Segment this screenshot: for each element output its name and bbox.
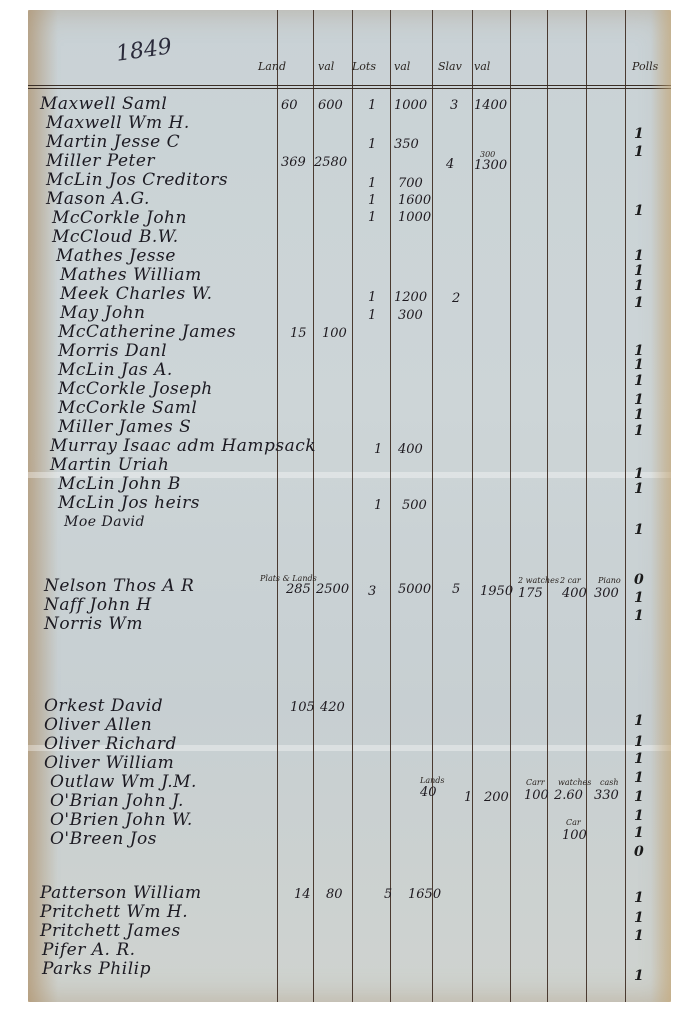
lots-val-cell: 500 — [402, 498, 427, 513]
annotation: Lands — [420, 776, 444, 785]
lots-val-cell: 300 — [398, 308, 423, 323]
column-rule — [432, 10, 433, 1002]
entry-name: McCatherine James — [58, 322, 236, 342]
slaves-val-cell: 1400 — [474, 98, 507, 113]
slaves-cell: 2 — [452, 291, 460, 306]
column-rule — [472, 10, 473, 1002]
column-rule — [352, 10, 353, 1002]
land-val-cell: 80 — [326, 887, 343, 902]
poll-mark: 1 — [634, 263, 644, 279]
entry-name: McLin Jas A. — [58, 360, 173, 380]
slaves-cell: 4 — [446, 157, 454, 172]
annotation: 2 car — [560, 576, 581, 585]
lots-cell: 1 — [368, 176, 376, 191]
lots-val-cell: 350 — [394, 137, 419, 152]
lots-cell: 1 — [368, 290, 376, 305]
land-cell: 14 — [294, 887, 311, 902]
slaves-cell: 5 — [452, 582, 460, 597]
poll-mark: 1 — [634, 423, 644, 439]
annotation: Car — [566, 818, 581, 827]
column-rule — [390, 10, 391, 1002]
poll-mark: 1 — [634, 466, 644, 482]
entry-name: Maxwell Wm H. — [46, 113, 190, 133]
extra-cell: 100 — [562, 828, 587, 843]
lots-cell: 3 — [368, 584, 376, 599]
extra-cell: 2.60 — [554, 788, 583, 803]
entry-name: Martin Jesse C — [46, 132, 180, 152]
lots-val-cell: 1650 — [408, 887, 441, 902]
poll-mark: 1 — [634, 522, 644, 538]
lots-cell: 1 — [368, 210, 376, 225]
lots-cell: 1 — [368, 308, 376, 323]
column-rule — [510, 10, 511, 1002]
header-lots: Lots — [352, 60, 376, 73]
poll-mark: 1 — [634, 392, 644, 408]
entry-name: Miller Peter — [46, 151, 155, 171]
entry-name: Mason A.G. — [46, 189, 150, 209]
entry-name: Norris Wm — [44, 614, 143, 634]
slaves-cell: 3 — [450, 98, 458, 113]
annotation: Carr — [526, 778, 545, 787]
header-polls: Polls — [632, 60, 658, 73]
lots-val-cell: 1600 — [398, 193, 431, 208]
entry-name: Miller James S — [58, 417, 191, 437]
header-slaves: Slav — [438, 60, 462, 73]
land-cell: 15 — [290, 326, 307, 341]
land-val-cell: 420 — [320, 700, 345, 715]
annotation: Piano — [598, 576, 621, 585]
slaves-val-cell: 1300 — [474, 158, 507, 173]
land-val-cell: 2580 — [314, 155, 347, 170]
poll-mark: 1 — [634, 248, 644, 264]
entry-name: O'Breen Jos — [50, 829, 157, 849]
poll-mark: 1 — [634, 357, 644, 373]
entry-name: McLin John B — [58, 474, 181, 494]
lots-val-cell: 40 — [420, 785, 437, 800]
ledger-year: 1849 — [115, 34, 174, 67]
entry-name: Morris Danl — [58, 341, 167, 361]
entry-name: Meek Charles W. — [60, 284, 212, 304]
poll-mark: 1 — [634, 590, 644, 606]
poll-mark: 1 — [634, 608, 644, 624]
entry-name: Pritchett James — [40, 921, 181, 941]
header-slaves-val: val — [474, 60, 490, 73]
entry-name: May John — [60, 303, 146, 323]
entry-name: O'Brien John W. — [50, 810, 193, 830]
land-cell: 105 — [290, 700, 315, 715]
entry-name: Parks Philip — [42, 959, 151, 979]
column-rule — [277, 10, 278, 1002]
poll-mark: 1 — [634, 126, 644, 142]
entry-name: Pritchett Wm H. — [40, 902, 188, 922]
entry-name: Oliver William — [44, 753, 174, 773]
poll-mark: 1 — [634, 278, 644, 294]
entry-name: Outlaw Wm J.M. — [50, 772, 197, 792]
lots-cell: 1 — [368, 193, 376, 208]
entry-name: Oliver Allen — [44, 715, 152, 735]
column-rule — [625, 10, 626, 1002]
poll-mark: 1 — [634, 910, 644, 926]
column-rule — [547, 10, 548, 1002]
entry-name: O'Brian John J. — [50, 791, 184, 811]
entry-name: Patterson William — [40, 883, 202, 903]
land-val-cell: 100 — [322, 326, 347, 341]
entry-name: Naff John H — [44, 595, 152, 615]
entry-name: McCloud B.W. — [52, 227, 179, 247]
land-val-cell: 600 — [318, 98, 343, 113]
land-cell: 369 — [281, 155, 306, 170]
poll-mark: 1 — [634, 734, 644, 750]
entry-name: Moe David — [64, 514, 145, 530]
lots-val-cell: 1200 — [394, 290, 427, 305]
poll-mark: 1 — [634, 713, 644, 729]
extra-cell: 175 — [518, 586, 543, 601]
extra-cell: 400 — [562, 586, 587, 601]
entry-name: Murray Isaac adm Hampsack — [50, 436, 316, 456]
land-cell: 60 — [281, 98, 298, 113]
entry-name: McCorkle Saml — [58, 398, 197, 418]
poll-mark: 1 — [634, 203, 644, 219]
poll-mark: 1 — [634, 295, 644, 311]
lots-cell: 1 — [368, 98, 376, 113]
header-rule — [28, 88, 671, 89]
poll-mark: 1 — [634, 407, 644, 423]
entry-name: McLin Jos Creditors — [46, 170, 228, 190]
annotation: watches — [558, 778, 591, 787]
poll-mark: 0 — [634, 572, 644, 588]
entry-name: Mathes Jesse — [56, 246, 176, 266]
lots-cell: 1 — [368, 137, 376, 152]
entry-name: Maxwell Saml — [40, 94, 167, 114]
entry-name: Mathes William — [60, 265, 202, 285]
extra-cell: 300 — [594, 586, 619, 601]
entry-name: Orkest David — [44, 696, 163, 716]
annotation: 2 watches — [518, 576, 559, 585]
annotation: cash — [600, 778, 619, 787]
poll-mark: 1 — [634, 770, 644, 786]
entry-name: Pifer A. R. — [42, 940, 136, 960]
lots-val-cell: 5000 — [398, 582, 431, 597]
lots-cell: 1 — [374, 442, 382, 457]
ledger-page: 1849 Land val Lots val Slav val Polls Ma… — [28, 10, 671, 1002]
entry-name: McCorkle Joseph — [58, 379, 213, 399]
lots-val-cell: 1000 — [394, 98, 427, 113]
entry-name: McLin Jos heirs — [58, 493, 200, 513]
poll-mark: 1 — [634, 373, 644, 389]
poll-mark: 1 — [634, 751, 644, 767]
entry-name: Nelson Thos A R — [44, 576, 194, 596]
extra-cell: 330 — [594, 788, 619, 803]
land-val-cell: 2500 — [316, 582, 349, 597]
header-land-val: val — [318, 60, 334, 73]
lots-val-cell: 400 — [398, 442, 423, 457]
entry-name: McCorkle John — [52, 208, 187, 228]
poll-mark: 1 — [634, 890, 644, 906]
poll-mark: 1 — [634, 928, 644, 944]
entry-name: Martin Uriah — [50, 455, 169, 475]
poll-mark: 1 — [634, 481, 644, 497]
header-land: Land — [258, 60, 286, 73]
poll-mark: 1 — [634, 789, 644, 805]
header-lots-val: val — [394, 60, 410, 73]
entry-name: Oliver Richard — [44, 734, 177, 754]
lots-val-cell: 700 — [398, 176, 423, 191]
poll-mark: 0 — [634, 844, 644, 860]
slaves-cell: 1 — [464, 790, 472, 805]
land-cell: 285 — [286, 582, 311, 597]
poll-mark: 1 — [634, 144, 644, 160]
lots-cell: 1 — [374, 498, 382, 513]
lots-cell: 5 — [384, 887, 392, 902]
lots-val-cell: 1000 — [398, 210, 431, 225]
poll-mark: 1 — [634, 808, 644, 824]
slaves-val-cell: 1950 — [480, 584, 513, 599]
column-rule — [586, 10, 587, 1002]
slaves-val-cell: 200 — [484, 790, 509, 805]
poll-mark: 1 — [634, 968, 644, 984]
poll-mark: 1 — [634, 825, 644, 841]
header-rule — [28, 85, 671, 86]
extra-cell: 100 — [524, 788, 549, 803]
